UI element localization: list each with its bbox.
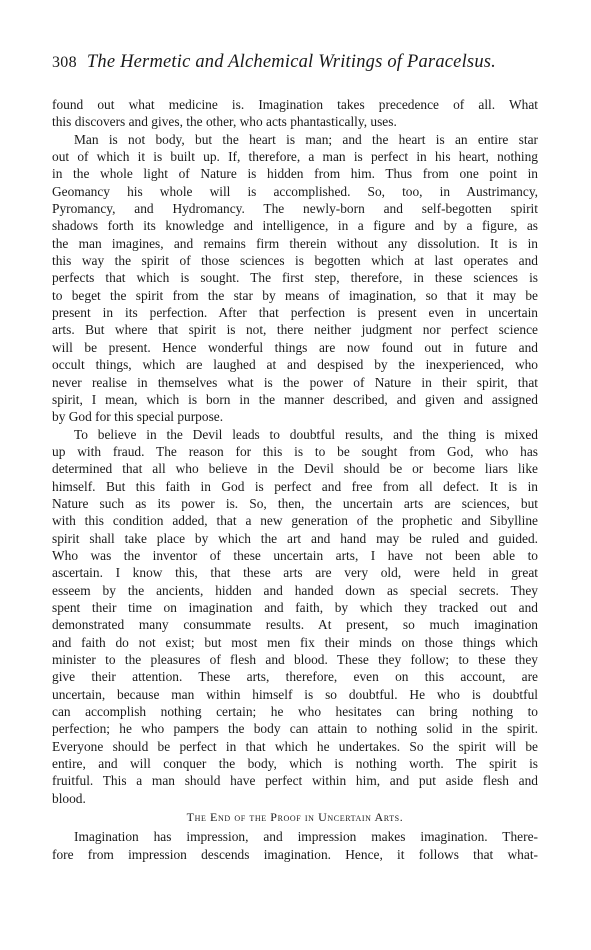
body-text: found out what medicine is. Imagination … [52, 96, 538, 863]
text-line: will be present. Hence wonderful things … [52, 339, 538, 356]
text-line: spirit shall take place by which the art… [52, 530, 538, 547]
paragraph: Man is not body, but the heart is man; a… [52, 131, 538, 426]
text-line: Nature such as its power is. So, then, t… [52, 495, 538, 512]
page-number: 308 [52, 54, 77, 72]
text-line: Man is not body, but the heart is man; a… [52, 131, 538, 148]
text-line: Imagination has impression, and impressi… [52, 828, 538, 845]
text-line: uncertain, because man within himself is… [52, 686, 538, 703]
text-line: To believe in the Devil leads to doubtfu… [52, 426, 538, 443]
paragraph: Imagination has impression, and impressi… [52, 828, 538, 863]
text-line: demonstrated many consummate results. At… [52, 616, 538, 633]
book-title: The Hermetic and Alchemical Writings of … [87, 52, 496, 73]
text-line: up with fraud. The reason for this is to… [52, 443, 538, 460]
text-line: this discovers and gives, the other, who… [52, 113, 538, 130]
text-line: present in its perfection. After that pe… [52, 304, 538, 321]
text-line: to beget the spirit from the star by mea… [52, 287, 538, 304]
text-line: Pyromancy, and Hydromancy. The newly-bor… [52, 200, 538, 217]
text-line: found out what medicine is. Imagination … [52, 96, 538, 113]
text-line: Geomancy his whole will is accomplished.… [52, 183, 538, 200]
text-line: in the whole light of Nature is hidden f… [52, 165, 538, 182]
text-line: fruitful. This a man should have perfect… [52, 772, 538, 789]
text-line: spent their time on imagination and fait… [52, 599, 538, 616]
text-line: esseem by the ancients, hidden and hande… [52, 582, 538, 599]
text-line: with this condition added, that a new ge… [52, 512, 538, 529]
text-line: and faith do not exist; but most men fix… [52, 634, 538, 651]
text-line: out of which it is built up. If, therefo… [52, 148, 538, 165]
text-line: entire, and will conquer the body, which… [52, 755, 538, 772]
text-line: occult things, which are laughed at and … [52, 356, 538, 373]
text-line: spirit, I mean, which is born in the man… [52, 391, 538, 408]
text-line: arts. But where that spirit is not, ther… [52, 321, 538, 338]
text-line: never realise in themselves what is the … [52, 374, 538, 391]
book-page: 308 The Hermetic and Alchemical Writings… [52, 52, 538, 863]
text-line: Who was the inventor of these uncertain … [52, 547, 538, 564]
text-line: minister to the pleasures of flesh and b… [52, 651, 538, 668]
text-line: perfects that which is sought. The first… [52, 269, 538, 286]
text-line: fore from impression descends imaginatio… [52, 846, 538, 863]
text-line: can accomplish nothing certain; he who h… [52, 703, 538, 720]
text-line: by God for this special purpose. [52, 408, 538, 425]
text-line: this way the spirit of those sciences is… [52, 252, 538, 269]
text-line: the man imagines, and remains firm there… [52, 235, 538, 252]
text-line: himself. But this faith in God is perfec… [52, 478, 538, 495]
running-head: 308 The Hermetic and Alchemical Writings… [52, 52, 538, 78]
text-line: give their attention. These arts, theref… [52, 668, 538, 685]
text-line: Everyone should be perfect in that which… [52, 738, 538, 755]
text-line: ascertain. I know this, that these arts … [52, 564, 538, 581]
text-line: shadows forth its knowledge and intellig… [52, 217, 538, 234]
text-line: determined that all who believe in the D… [52, 460, 538, 477]
paragraph: found out what medicine is. Imagination … [52, 96, 538, 131]
text-line: perfection; he who pampers the body can … [52, 720, 538, 737]
paragraph: To believe in the Devil leads to doubtfu… [52, 426, 538, 808]
section-heading: The End of the Proof in Uncertain Arts. [52, 809, 538, 826]
text-line: blood. [52, 790, 538, 807]
